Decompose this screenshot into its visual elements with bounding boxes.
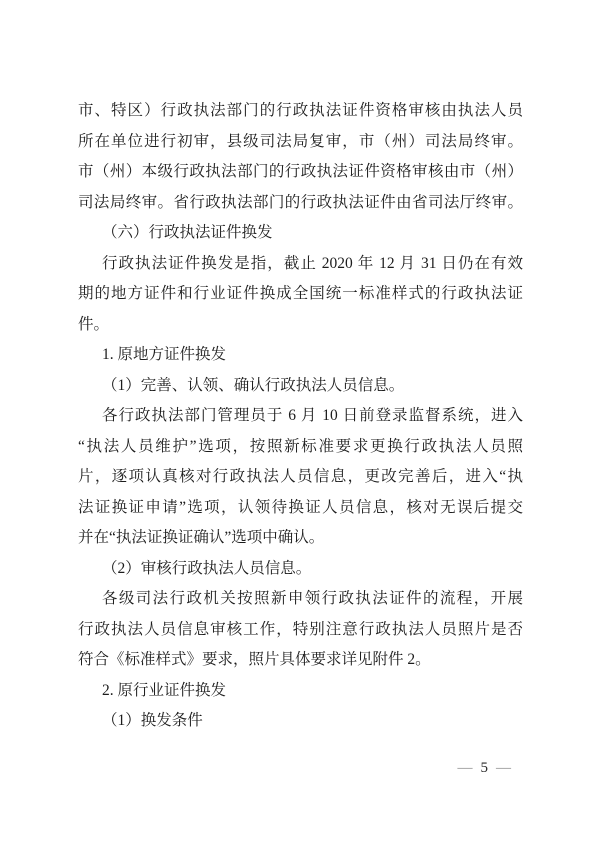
page-number-value: 5 xyxy=(474,760,497,776)
heading-clause-1: （1）完善、认领、确认行政执法人员信息。 xyxy=(78,371,523,402)
page-number-dash-right: — xyxy=(496,760,512,776)
body-line: 片，逐项认真核对行政执法人员信息，更改完善后，进入“执 xyxy=(78,462,523,493)
body-line: 各行政执法部门管理员于 6 月 10 日前登录监督系统，进入 xyxy=(78,401,523,432)
body-line: 并在“执法证换证确认”选项中确认。 xyxy=(78,523,523,554)
page-number: —5— xyxy=(458,758,513,778)
body-line: 符合《标准样式》要求，照片具体要求详见附件 2。 xyxy=(78,645,523,676)
content-column: 市、特区）行政执法部门的行政执法证件资格审核由执法人员 所在单位进行初审，县级司… xyxy=(78,96,523,737)
body-line: 件。 xyxy=(78,310,523,341)
body-line: 各级司法行政机关按照新申领行政执法证件的流程，开展 xyxy=(78,584,523,615)
page-number-dash-left: — xyxy=(458,760,474,776)
body-line: 行政执法人员信息审核工作，特别注意行政执法人员照片是否 xyxy=(78,615,523,646)
body-line: 所在单位进行初审，县级司法局复审，市（州）司法局终审。 xyxy=(78,127,523,158)
body-line: 市、特区）行政执法部门的行政执法证件资格审核由执法人员 xyxy=(78,96,523,127)
body-line: 期的地方证件和行业证件换成全国统一标准样式的行政执法证 xyxy=(78,279,523,310)
heading-item-2: 2. 原行业证件换发 xyxy=(78,676,523,707)
document-page: 市、特区）行政执法部门的行政执法证件资格审核由执法人员 所在单位进行初审，县级司… xyxy=(0,0,600,850)
heading-clause-2: （2）审核行政执法人员信息。 xyxy=(78,554,523,585)
body-line: “执法人员维护”选项，按照新标准要求更换行政执法人员照 xyxy=(78,432,523,463)
heading-item-1: 1. 原地方证件换发 xyxy=(78,340,523,371)
body-line: 行政执法证件换发是指，截止 2020 年 12 月 31 日仍在有效 xyxy=(78,249,523,280)
body-line: 法证换证申请”选项，认领待换证人员信息，核对无误后提交 xyxy=(78,493,523,524)
body-line: 司法局终审。省行政执法部门的行政执法证件由省司法厅终审。 xyxy=(78,188,523,219)
heading-clause-1-renewal: （1）换发条件 xyxy=(78,706,523,737)
heading-section-6: （六）行政执法证件换发 xyxy=(78,218,523,249)
body-line: 市（州）本级行政执法部门的行政执法证件资格审核由市（州） xyxy=(78,157,523,188)
